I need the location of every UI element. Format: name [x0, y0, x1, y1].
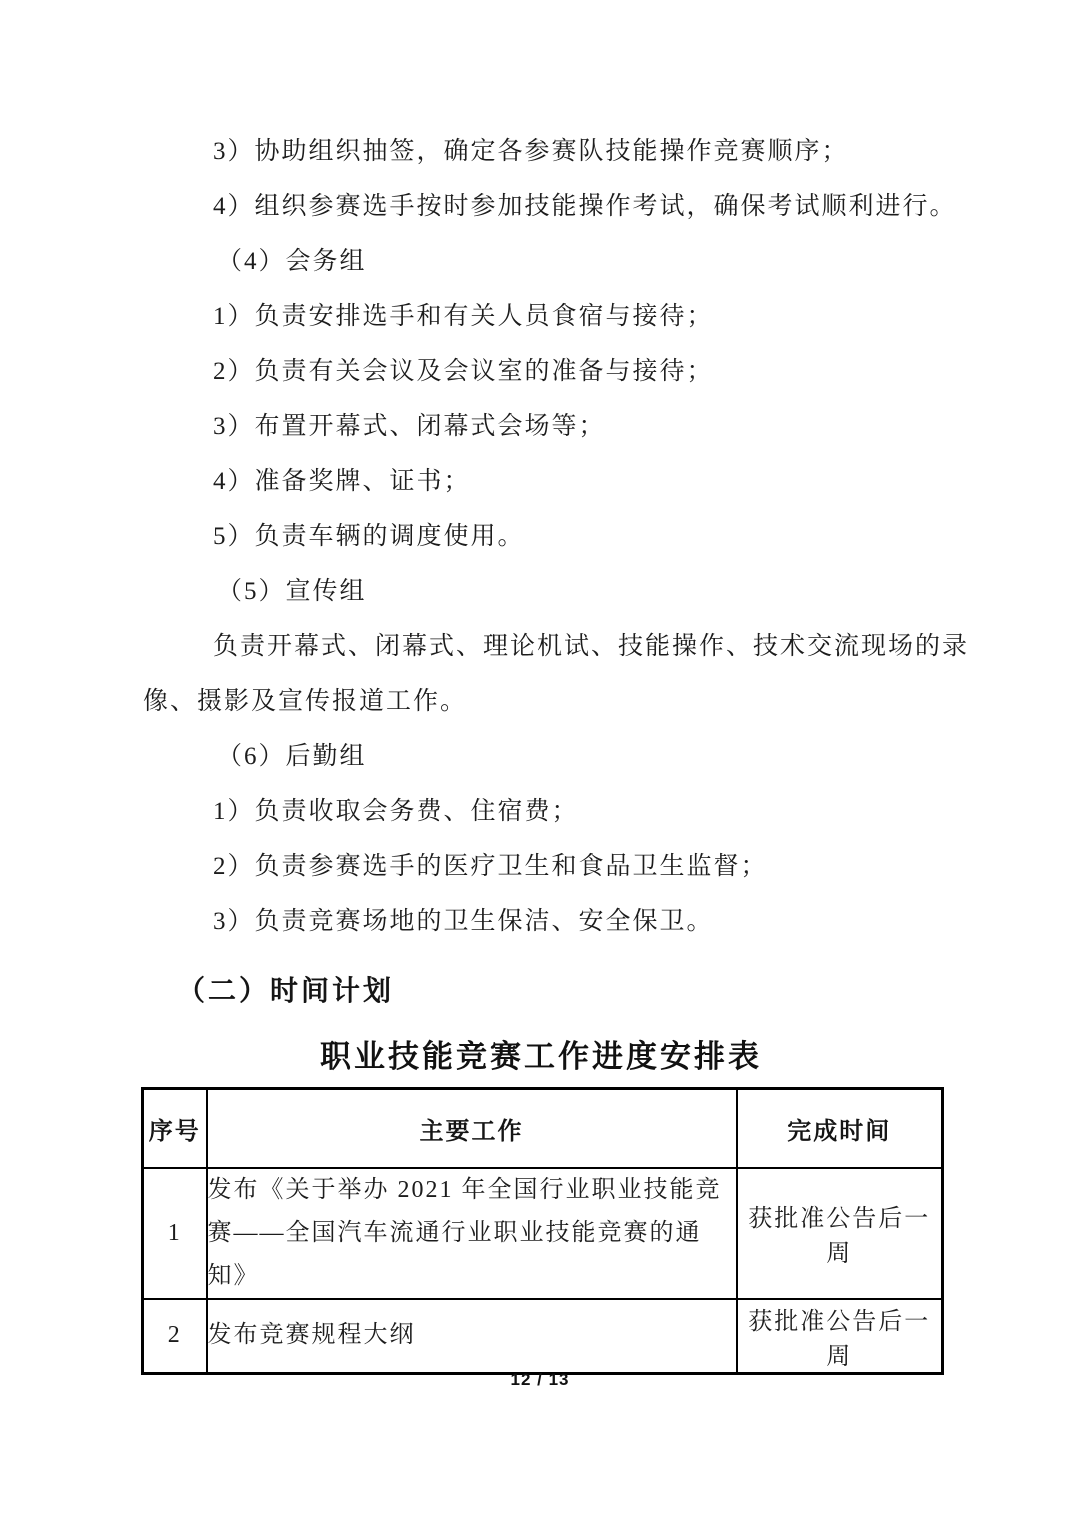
- text-line: 负责开幕式、闭幕式、理论机试、技能操作、技术交流现场的录: [141, 619, 941, 674]
- cell-completion-time: 获批准公告后一周: [737, 1168, 943, 1299]
- page-number: 12 / 13: [0, 1370, 1080, 1390]
- table-header-row: 序号 主要工作 完成时间: [143, 1089, 943, 1168]
- subsection-heading: （6）后勤组: [141, 729, 941, 784]
- column-header-time: 完成时间: [737, 1089, 943, 1168]
- text-line: 4）组织参赛选手按时参加技能操作考试，确保考试顺利进行。: [141, 179, 941, 234]
- section-heading: （二）时间计划: [141, 963, 941, 1021]
- text-line: 4）准备奖牌、证书；: [141, 454, 941, 509]
- text-line: 1）负责收取会务费、住宿费；: [141, 784, 941, 839]
- text-line: 2）负责有关会议及会议室的准备与接待；: [141, 344, 941, 399]
- text-line: 3）负责竞赛场地的卫生保洁、安全保卫。: [141, 894, 941, 949]
- table-row: 1 发布《关于举办 2021 年全国行业职业技能竞赛——全国汽车流通行业职业技能…: [143, 1168, 943, 1299]
- cell-main-work: 发布《关于举办 2021 年全国行业职业技能竞赛——全国汽车流通行业职业技能竞赛…: [207, 1168, 737, 1299]
- text-line: 3）协助组织抽签，确定各参赛队技能操作竞赛顺序；: [141, 124, 941, 179]
- text-line: 像、摄影及宣传报道工作。: [141, 674, 941, 729]
- document-body: 3）协助组织抽签，确定各参赛队技能操作竞赛顺序； 4）组织参赛选手按时参加技能操…: [141, 124, 941, 1375]
- table-row: 2 发布竞赛规程大纲 获批准公告后一周: [143, 1299, 943, 1374]
- column-header-work: 主要工作: [207, 1089, 737, 1168]
- cell-row-number: 2: [143, 1299, 207, 1374]
- subsection-heading: （4）会务组: [141, 234, 941, 289]
- text-line: 5）负责车辆的调度使用。: [141, 509, 941, 564]
- document-page: { "content_lines": [ "3）协助组织抽签，确定各参赛队技能操…: [0, 0, 1080, 1527]
- schedule-table: 序号 主要工作 完成时间 1 发布《关于举办 2021 年全国行业职业技能竞赛—…: [141, 1087, 944, 1375]
- text-line: 2）负责参赛选手的医疗卫生和食品卫生监督；: [141, 839, 941, 894]
- column-header-no: 序号: [143, 1089, 207, 1168]
- cell-main-work: 发布竞赛规程大纲: [207, 1299, 737, 1374]
- text-line: 3）布置开幕式、闭幕式会场等；: [141, 399, 941, 454]
- cell-row-number: 1: [143, 1168, 207, 1299]
- cell-completion-time: 获批准公告后一周: [737, 1299, 943, 1374]
- text-line: 1）负责安排选手和有关人员食宿与接待；: [141, 289, 941, 344]
- subsection-heading: （5）宣传组: [141, 564, 941, 619]
- table-title: 职业技能竞赛工作进度安排表: [141, 1031, 941, 1083]
